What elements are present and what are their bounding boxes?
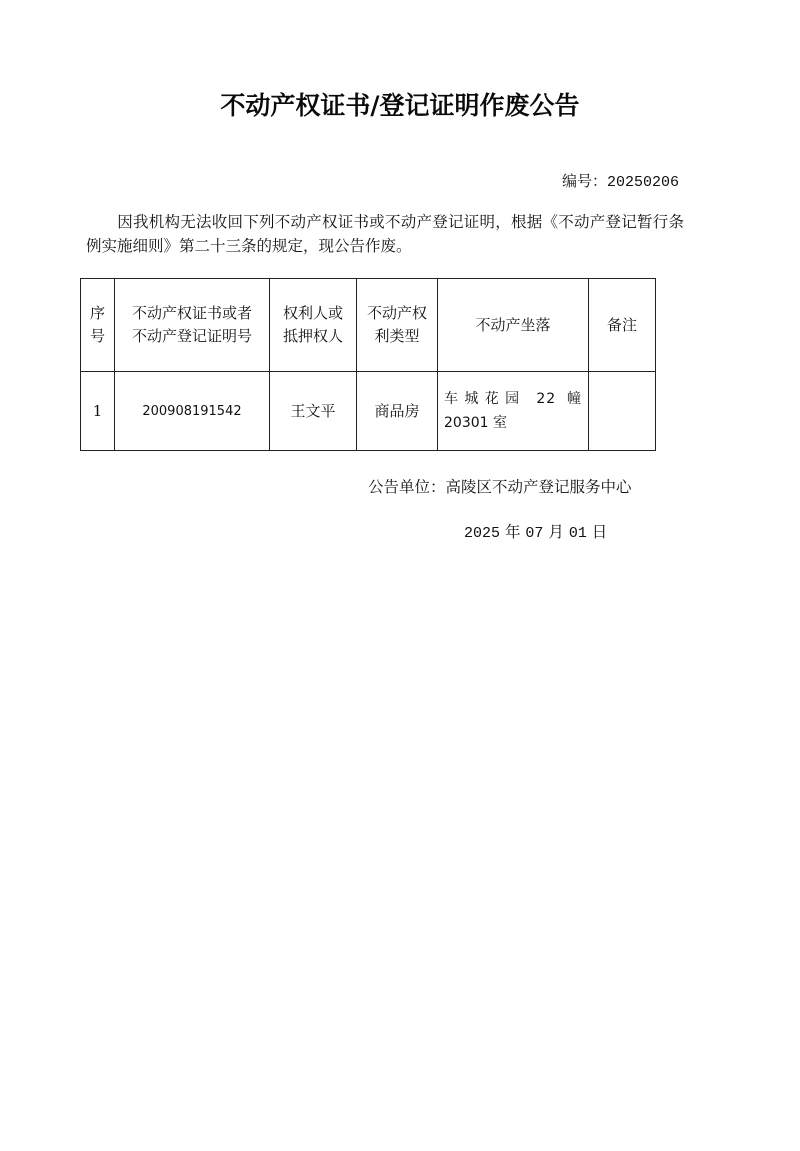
header-cert-no: 不动产权证书或者不动产登记证明号	[115, 279, 270, 372]
cell-right-type: 商品房	[357, 372, 438, 451]
header-seq: 序号	[81, 279, 115, 372]
date-month-unit: 月	[548, 523, 564, 541]
table-header-row: 序号 不动产权证书或者不动产登记证明号 权利人或抵押权人 不动产权利类型 不动产…	[81, 279, 656, 372]
location-line-2: 20301 室	[444, 415, 507, 431]
header-remark: 备注	[589, 279, 656, 372]
document-number: 编号：20250206	[562, 170, 679, 191]
issuer-line: 公告单位：高陵区不动产登记服务中心	[368, 475, 632, 497]
date-month: 07	[525, 525, 543, 542]
header-holder: 权利人或抵押权人	[270, 279, 357, 372]
cell-seq: 1	[81, 372, 115, 451]
date-year-unit: 年	[505, 523, 521, 541]
cell-remark	[589, 372, 656, 451]
header-location: 不动产坐落	[438, 279, 589, 372]
void-certificate-table: 序号 不动产权证书或者不动产登记证明号 权利人或抵押权人 不动产权利类型 不动产…	[80, 278, 656, 451]
date-day: 01	[569, 525, 587, 542]
cell-location: 车城花园 22 幢20301 室	[438, 372, 589, 451]
cell-holder: 王文平	[270, 372, 357, 451]
page-title: 不动产权证书/登记证明作废公告	[0, 86, 800, 122]
announcement-date: 2025 年 07 月 01 日	[464, 520, 607, 542]
document-number-label: 编号：	[562, 172, 607, 190]
announcement-paragraph: 因我机构无法收回下列不动产权证书或不动产登记证明，根据《不动产登记暂行条例实施细…	[86, 210, 684, 258]
location-line-1: 车城花园 22 幢	[444, 387, 582, 411]
table-row: 1 200908191542 王文平 商品房 车城花园 22 幢20301 室	[81, 372, 656, 451]
header-right-type: 不动产权利类型	[357, 279, 438, 372]
date-year: 2025	[464, 525, 500, 542]
announcement-text: 因我机构无法收回下列不动产权证书或不动产登记证明，根据《不动产登记暂行条例实施细…	[86, 213, 684, 255]
document-number-value: 20250206	[607, 174, 679, 191]
cell-cert-no: 200908191542	[115, 372, 270, 451]
date-day-unit: 日	[592, 523, 608, 541]
